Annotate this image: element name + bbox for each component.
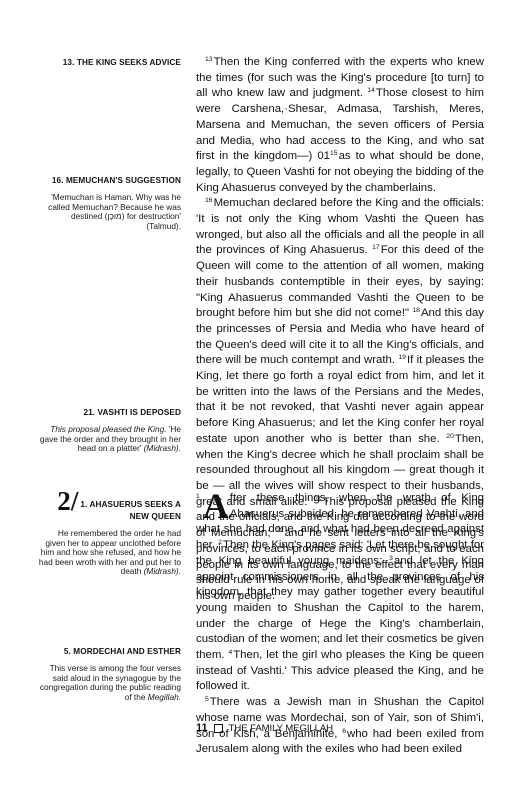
paragraph: 13Then the King conferred with the exper…: [196, 55, 484, 196]
sidebar-section-13: 13. THE KING SEEKS ADVICE: [38, 58, 181, 68]
verse-number: 18: [412, 307, 420, 314]
page-footer: 11 THE FAMILY MEGILLAH: [196, 722, 333, 734]
hollow-square-icon: [214, 724, 223, 733]
verse-number: 2: [218, 539, 222, 546]
verse-number: 4: [228, 649, 232, 656]
sidebar-section-16: 16. MEMUCHAN'S SUGGESTION 'Memuchan is H…: [38, 176, 181, 231]
verse-number: 16: [205, 197, 213, 204]
section-heading: 21. VASHTI IS DEPOSED: [38, 408, 181, 418]
verse-number: 17: [372, 244, 380, 251]
verse-number: 20: [446, 433, 454, 440]
verse-number: 13: [205, 56, 213, 63]
verse-number: 15: [330, 150, 338, 157]
section-note: He remembered the order he had given her…: [38, 529, 181, 577]
verse-number: 14: [367, 87, 375, 94]
section-note: 'Memuchan is Haman. Why was he called Me…: [38, 193, 181, 231]
verse-number: 6: [342, 728, 346, 735]
sidebar-section-chapter2-1: 2/1. AHASUERUS SEEKS A NEW QUEEN He reme…: [38, 490, 181, 577]
section-heading: 2/1. AHASUERUS SEEKS A NEW QUEEN: [38, 490, 181, 522]
section-note: This verse is among the four verses said…: [38, 664, 181, 702]
book-title: THE FAMILY MEGILLAH: [229, 723, 333, 734]
sidebar-section-5: 5. MORDECHAI AND ESTHER This verse is am…: [38, 647, 181, 702]
sidebar-section-21: 21. VASHTI IS DEPOSED This proposal plea…: [38, 408, 181, 454]
chapter-number: 2/: [57, 486, 78, 516]
verse-number: 3: [389, 555, 393, 562]
verse-number: 19: [398, 354, 406, 361]
verse-number: 5: [205, 696, 209, 703]
main-text-block-chapter2: 1After these things, when the wrath of K…: [196, 491, 484, 758]
section-heading: 13. THE KING SEEKS ADVICE: [38, 58, 181, 68]
drop-cap: A: [203, 492, 229, 520]
section-note: This proposal pleased the King. 'He gave…: [38, 425, 181, 454]
section-heading: 5. MORDECHAI AND ESTHER: [38, 647, 181, 657]
page-number: 11: [196, 722, 208, 734]
section-heading: 16. MEMUCHAN'S SUGGESTION: [38, 176, 181, 186]
paragraph: 1After these things, when the wrath of K…: [196, 491, 484, 695]
